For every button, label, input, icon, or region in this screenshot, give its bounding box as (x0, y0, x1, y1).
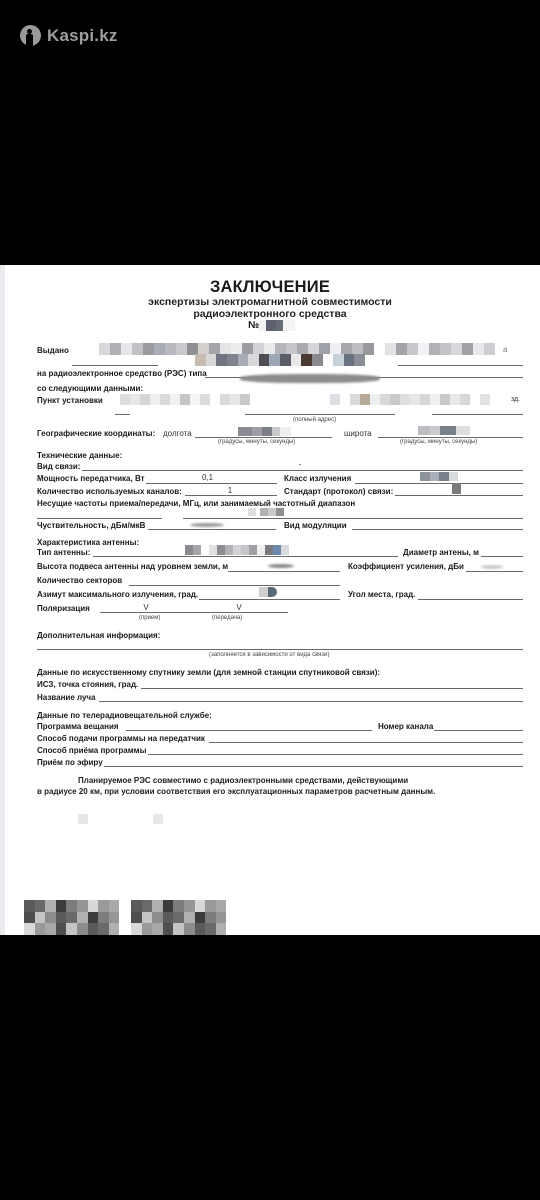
redacted-azimuth (259, 587, 277, 597)
issued-to-label: Выдано (37, 346, 69, 355)
underline (129, 585, 340, 586)
standard-label: Стандарт (протокол) связи: (284, 487, 393, 496)
underline (115, 414, 130, 415)
watermark-text: Kaspi.kz (47, 26, 118, 46)
emission-class-label: Класс излучения (284, 474, 351, 483)
underline (434, 730, 523, 731)
sectors-label: Количество секторов (37, 576, 122, 585)
additional-info-label: Дополнительная информация: (37, 631, 160, 640)
redacted-stamp-1 (24, 900, 120, 935)
underline (352, 529, 523, 530)
underline (146, 483, 277, 484)
redacted-sensitivity (190, 523, 224, 527)
redacted-antenna-type (185, 545, 313, 555)
redacted-standard (452, 483, 461, 494)
elevation-label: Угол места, град. (348, 590, 415, 599)
underline (395, 495, 523, 496)
underline (199, 599, 340, 600)
viewer-top-area: Kaspi.kz (0, 0, 540, 265)
longitude-hint: (градусы, минуты, секунды) (218, 439, 295, 445)
satellite-position-label: ИСЗ, точка стояния, град. (37, 680, 138, 689)
redacted-longitude (238, 427, 291, 436)
redacted-issued-to-2 (195, 354, 365, 366)
redacted-signature-line (78, 814, 168, 824)
following-data-label: со следующими данными: (37, 384, 143, 393)
issued-to-suffix: а (503, 345, 507, 354)
document-number: № (248, 320, 295, 331)
beam-name-label: Название луча (37, 693, 96, 702)
tech-data-label: Технические данные: (37, 451, 122, 460)
underline (466, 571, 523, 572)
number-label: № (248, 320, 259, 331)
azimuth-label: Азимут максимального излучения, град. (37, 590, 198, 599)
modulation-label: Вид модуляции (284, 521, 347, 530)
full-address-hint: (полный адрес) (293, 417, 336, 423)
polarization-rx-hint: (прием) (139, 615, 160, 621)
underline (104, 766, 523, 767)
reception-method-label: Способ приёма программы (37, 746, 146, 755)
underline (432, 414, 523, 415)
underline (82, 470, 523, 471)
broadcast-header: Данные по телерадиовещательной службе: (37, 711, 212, 720)
document-subtitle-2: радиоэлектронного средства (0, 308, 540, 320)
underline (99, 701, 523, 702)
freq-label: Несущие частоты приема/передачи, МГц, ил… (37, 499, 355, 508)
redacted-stamp-2 (131, 900, 227, 935)
tx-power-label: Мощность передатчика, Вт (37, 474, 145, 483)
sensitivity-label: Чуствительность, дБм/мкВ (37, 521, 145, 530)
redacted-antenna-height (268, 564, 294, 568)
underline (141, 688, 523, 689)
antenna-height-label: Высота подвеса антенны над уровнем земли… (37, 562, 228, 571)
redacted-latitude (418, 426, 470, 435)
broadcast-program-label: Программа вещания (37, 722, 119, 731)
comm-type-label: Вид связи: (37, 462, 80, 471)
underline (209, 742, 523, 743)
redacted-res-type (240, 374, 380, 383)
polarization-tx-value: V (229, 603, 249, 612)
document-title: ЗАКЛЮЧЕНИЕ (0, 278, 540, 297)
underline (418, 599, 523, 600)
redacted-number (259, 320, 295, 331)
antenna-diameter-label: Диаметр антены, м (403, 548, 479, 557)
underline (245, 414, 395, 415)
longitude-label: долгота (163, 429, 192, 438)
document-sheet: ЗАКЛЮЧЕНИЕ экспертизы электромагнитной с… (0, 265, 540, 935)
underline (72, 365, 158, 366)
gain-label: Коэффициент усиления, дБи (348, 562, 464, 571)
conclusion-line-1: Планируемое РЭС совместимо с радиоэлектр… (78, 776, 408, 785)
antenna-header: Характеристика антенны: (37, 538, 139, 547)
air-reception-label: Приём по эфиру (37, 758, 103, 767)
underline (93, 556, 398, 557)
conclusion-line-2: в радиусе 20 км, при условии соответстви… (37, 787, 435, 796)
channels-label: Количество используемых каналов: (37, 487, 182, 496)
underline (148, 529, 276, 530)
redacted-freq (248, 508, 284, 516)
underline (378, 437, 523, 438)
feed-method-label: Способ подачи программы на передатчик (37, 734, 205, 743)
redacted-gain (481, 565, 503, 569)
watermark: Kaspi.kz (20, 25, 118, 46)
kaspi-logo-icon (20, 25, 41, 46)
underline (355, 483, 523, 484)
additional-info-hint: (заполняется в зависимости от вида связи… (209, 652, 330, 658)
underline (148, 754, 523, 755)
redacted-emission-class (420, 472, 458, 481)
underline (398, 365, 523, 366)
document-subtitle-1: экспертизы электромагнитной совместимост… (0, 296, 540, 308)
channel-number-label: Номер канала (378, 722, 433, 731)
underline (195, 437, 332, 438)
latitude-hint: (градусы, минуты, секунды) (400, 439, 477, 445)
underline (228, 571, 340, 572)
underline (481, 556, 523, 557)
res-type-label: на радиоэлектронное средство (РЭС) типа (37, 369, 207, 378)
underline (126, 730, 372, 731)
channels-value: 1 (185, 486, 275, 495)
underline (100, 612, 288, 613)
underline (185, 495, 277, 496)
satellite-header: Данные по искусственному спутнику земли … (37, 668, 380, 677)
underline (37, 518, 162, 519)
install-point-suffix: зд. (511, 396, 520, 403)
sheet-edge (0, 265, 5, 935)
polarization-tx-hint: (передача) (212, 615, 242, 621)
viewer-bottom-area (0, 935, 540, 1200)
polarization-label: Поляризация (37, 604, 90, 613)
latitude-label: широта (344, 429, 372, 438)
geo-label: Географические координаты: (37, 429, 155, 438)
antenna-type-label: Тип антенны: (37, 548, 90, 557)
polarization-rx-value: V (136, 603, 156, 612)
underline (37, 649, 523, 650)
install-point-label: Пункт установки (37, 396, 103, 405)
redacted-install-point (120, 394, 500, 405)
comm-type-value: - (290, 460, 310, 469)
tx-power-value: 0,1 (160, 473, 255, 482)
underline (183, 518, 523, 519)
